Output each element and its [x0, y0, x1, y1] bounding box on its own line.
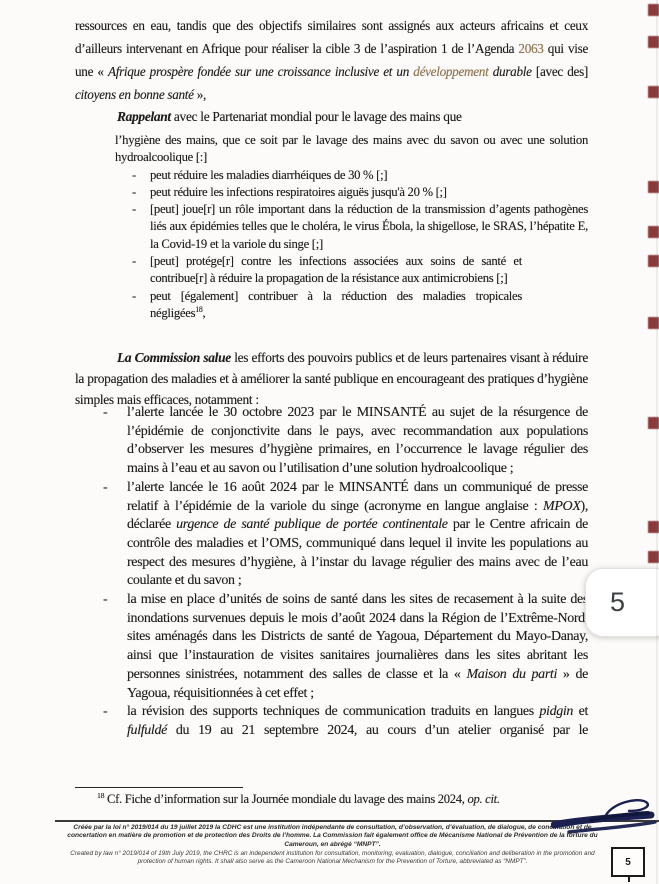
dash-bullet: - — [115, 288, 150, 323]
list-item: -peut réduire les infections respiratoir… — [115, 184, 588, 201]
dash-bullet: - — [115, 201, 150, 253]
list-item: -l’alerte lancée le 16 août 2024 par le … — [100, 479, 588, 591]
list-item-text: la révision des supports techniques de c… — [127, 703, 588, 740]
red-edge-mark — [648, 4, 659, 16]
red-edge-mark — [648, 417, 659, 429]
list-item-text: peut réduire les maladies diarrhéiques d… — [150, 167, 588, 184]
list-item: -peut réduire les maladies diarrhéiques … — [115, 167, 588, 184]
page-number-box: 5 — [611, 847, 645, 877]
paragraph-rappelant: Rappelant avec le Partenariat mondial po… — [75, 109, 588, 125]
footer-text-french: Créée par la loi n° 2019/014 du 19 juill… — [60, 824, 605, 849]
footnote-separator — [75, 787, 243, 788]
list-item: -la révision des supports techniques de … — [100, 703, 588, 740]
dash-bullet: - — [100, 591, 127, 703]
footer-text-english: Created by law n° 2019/014 of 19th July … — [60, 850, 605, 866]
list-item: -la mise en place d’unités de soins de s… — [100, 591, 588, 703]
list-item: -l’alerte lancée le 30 octobre 2023 par … — [100, 404, 588, 479]
quote-block-hygiene: l’hygiène des mains, que ce soit par le … — [115, 132, 588, 322]
red-edge-mark — [648, 255, 659, 267]
dash-bullet: - — [100, 703, 127, 740]
list-item-text: peut [également] contribuer à la réducti… — [150, 288, 522, 323]
main-dash-list: -l’alerte lancée le 30 octobre 2023 par … — [100, 404, 588, 741]
red-edge-mark — [648, 181, 659, 193]
viewer-page-indicator[interactable]: 5 — [585, 568, 659, 637]
list-item-text: [peut] joue[r] un rôle important dans la… — [150, 201, 588, 253]
list-item-text: [peut] protége[r] contre les infections … — [150, 253, 522, 288]
red-edge-mark — [648, 226, 659, 238]
list-item: -[peut] protége[r] contre les infections… — [115, 253, 588, 288]
list-item-text: l’alerte lancée le 30 octobre 2023 par l… — [127, 404, 588, 479]
document-page: ressources en eau, tandis que des object… — [0, 0, 659, 884]
pen-scribble — [551, 795, 659, 843]
quote-dash-list: -peut réduire les maladies diarrhéiques … — [115, 167, 588, 323]
footnote-18: 18 Cf. Fiche d’information sur la Journé… — [75, 792, 580, 807]
paragraph-commission-salue: La Commission salue les efforts des pouv… — [75, 347, 588, 410]
dash-bullet: - — [115, 253, 150, 288]
red-edge-mark — [648, 551, 659, 563]
list-item-text: la mise en place d’unités de soins de sa… — [127, 591, 588, 703]
red-edge-mark — [648, 521, 659, 533]
red-edge-mark — [648, 36, 659, 48]
list-item: -[peut] joue[r] un rôle important dans l… — [115, 201, 588, 253]
red-edge-mark — [648, 86, 659, 98]
dash-bullet: - — [115, 167, 150, 184]
dash-bullet: - — [115, 184, 150, 201]
list-item-text: l’alerte lancée le 16 août 2024 par le M… — [127, 479, 588, 591]
paragraph-resources-eau: ressources en eau, tandis que des object… — [75, 14, 588, 106]
red-edge-mark — [648, 317, 659, 329]
dash-bullet: - — [100, 479, 127, 591]
quote-intro: l’hygiène des mains, que ce soit par le … — [115, 132, 588, 167]
viewer-page-number: 5 — [586, 587, 625, 618]
list-item: -peut [également] contribuer à la réduct… — [115, 288, 588, 323]
list-item-text: peut réduire les infections respiratoire… — [150, 184, 588, 201]
page-number-box-label: 5 — [625, 857, 631, 868]
dash-bullet: - — [100, 404, 127, 479]
